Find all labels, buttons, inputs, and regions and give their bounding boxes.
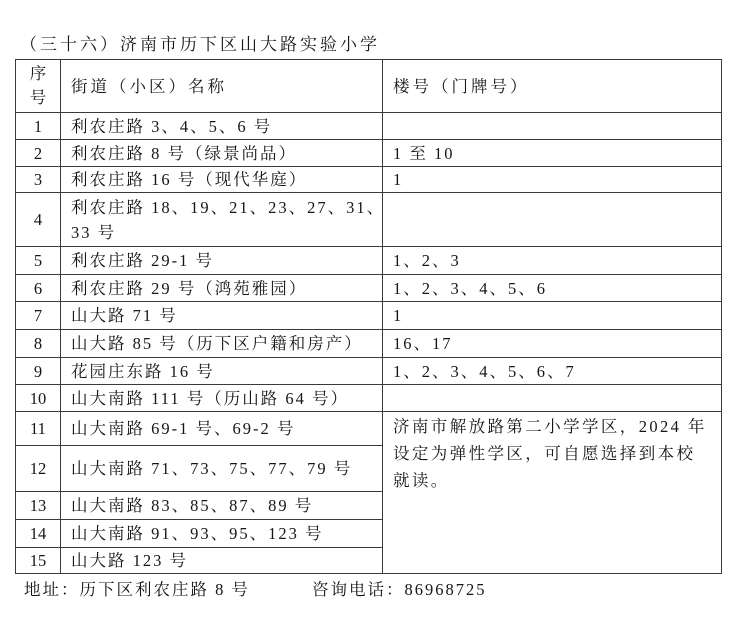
- table-row: 10 山大南路 111 号（历山路 64 号）: [16, 385, 722, 412]
- row-street: 山大南路 69-1 号、69-2 号: [61, 412, 383, 446]
- row-street: 山大南路 91、93、95、123 号: [61, 520, 383, 548]
- header-building: 楼号（门牌号）: [383, 60, 722, 113]
- row-building: 1 至 10: [383, 140, 722, 167]
- row-building: [383, 193, 722, 247]
- merged-note-cell: 济南市解放路第二小学学区，2024 年 设定为弹性学区，可自愿选择到本校 就读。: [383, 412, 722, 574]
- row-index: 11: [16, 412, 61, 446]
- table-row: 11 山大南路 69-1 号、69-2 号 济南市解放路第二小学学区，2024 …: [16, 412, 722, 446]
- row-building: 16、17: [383, 330, 722, 358]
- row-building: [383, 113, 722, 140]
- row-index: 10: [16, 385, 61, 412]
- row-index: 1: [16, 113, 61, 140]
- row-street: 山大路 85 号（历下区户籍和房产）: [61, 330, 383, 358]
- row-index: 12: [16, 446, 61, 492]
- row-building: 1、2、3、4、5、6、7: [383, 358, 722, 385]
- table-row: 1 利农庄路 3、4、5、6 号: [16, 113, 722, 140]
- row-index: 9: [16, 358, 61, 385]
- row-index: 5: [16, 247, 61, 275]
- table-row: 6 利农庄路 29 号（鸿苑雅园） 1、2、3、4、5、6: [16, 275, 722, 302]
- row-street: 利农庄路 29-1 号: [61, 247, 383, 275]
- row-street: 利农庄路 3、4、5、6 号: [61, 113, 383, 140]
- document-title: （三十六）济南市历下区山大路实验小学: [20, 34, 380, 56]
- table-row: 4 利农庄路 18、19、21、23、27、31、 33 号: [16, 193, 722, 247]
- table-row: 5 利农庄路 29-1 号 1、2、3: [16, 247, 722, 275]
- school-district-table: 序号 街道（小区）名称 楼号（门牌号） 1 利农庄路 3、4、5、6 号 2 利…: [15, 59, 722, 574]
- row-index: 14: [16, 520, 61, 548]
- row-index: 4: [16, 193, 61, 247]
- table-header-row: 序号 街道（小区）名称 楼号（门牌号）: [16, 60, 722, 113]
- header-index: 序号: [16, 60, 61, 113]
- row-street: 山大路 71 号: [61, 302, 383, 330]
- row-street: 山大路 123 号: [61, 548, 383, 574]
- row-index: 6: [16, 275, 61, 302]
- row-index: 3: [16, 167, 61, 193]
- row-index: 2: [16, 140, 61, 167]
- footer-address: 地址：历下区利农庄路 8 号: [24, 579, 250, 601]
- row-building: 1: [383, 302, 722, 330]
- table-row: 7 山大路 71 号 1: [16, 302, 722, 330]
- row-index: 15: [16, 548, 61, 574]
- row-street: 山大南路 111 号（历山路 64 号）: [61, 385, 383, 412]
- row-building: 1、2、3、4、5、6: [383, 275, 722, 302]
- row-index: 8: [16, 330, 61, 358]
- header-index-label: 序号: [29, 62, 46, 110]
- table-row: 2 利农庄路 8 号（绿景尚品） 1 至 10: [16, 140, 722, 167]
- table-row: 3 利农庄路 16 号（现代华庭） 1: [16, 167, 722, 193]
- table-row: 8 山大路 85 号（历下区户籍和房产） 16、17: [16, 330, 722, 358]
- row-street: 利农庄路 29 号（鸿苑雅园）: [61, 275, 383, 302]
- row-index: 13: [16, 492, 61, 520]
- row-street: 利农庄路 18、19、21、23、27、31、 33 号: [61, 193, 383, 247]
- row-building: [383, 385, 722, 412]
- row-street: 山大南路 83、85、87、89 号: [61, 492, 383, 520]
- header-street: 街道（小区）名称: [61, 60, 383, 113]
- table-row: 9 花园庄东路 16 号 1、2、3、4、5、6、7: [16, 358, 722, 385]
- row-street: 山大南路 71、73、75、77、79 号: [61, 446, 383, 492]
- row-street: 利农庄路 16 号（现代华庭）: [61, 167, 383, 193]
- row-street: 花园庄东路 16 号: [61, 358, 383, 385]
- row-index: 7: [16, 302, 61, 330]
- row-street: 利农庄路 8 号（绿景尚品）: [61, 140, 383, 167]
- row-building: 1、2、3: [383, 247, 722, 275]
- footer-phone: 咨询电话：86968725: [312, 579, 487, 601]
- row-building: 1: [383, 167, 722, 193]
